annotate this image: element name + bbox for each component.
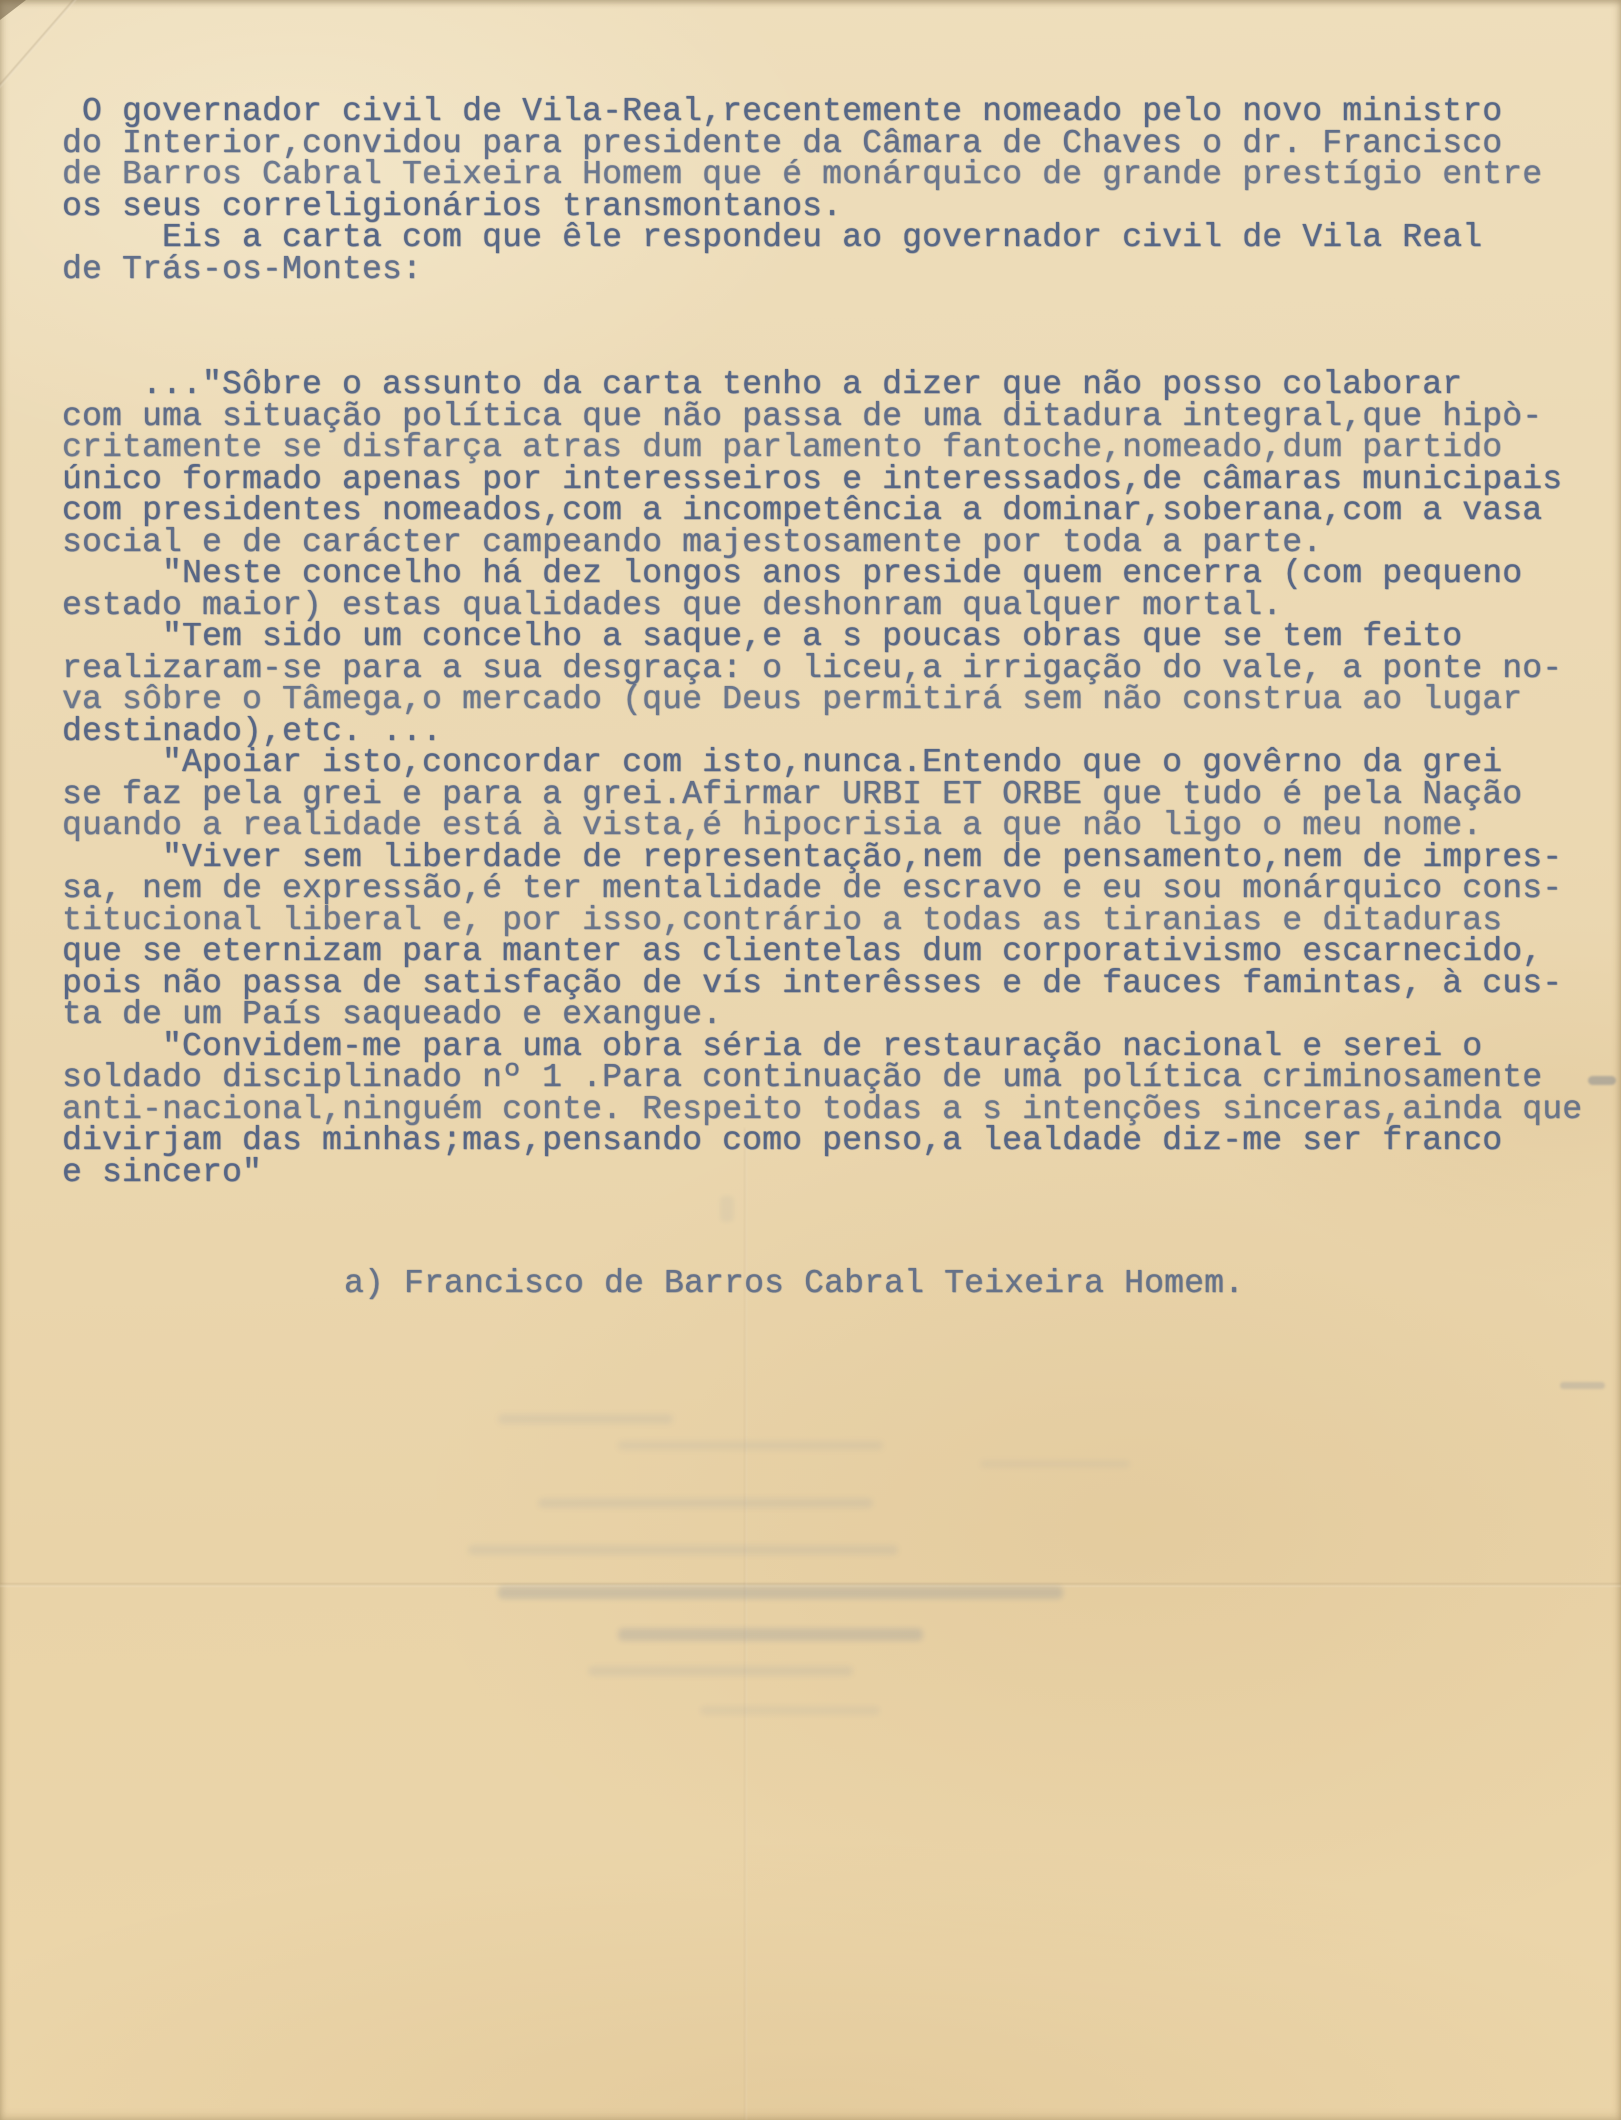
corner-fold-mark [0,0,26,20]
text-line: divirjam das minhas;mas,pensando como pe… [62,1125,1591,1157]
text-line: do Interior,convidou para presidente da … [62,128,1591,160]
ink-bleed-stain [618,1628,923,1641]
text-line: os seus correligionários transmontanos. [62,191,1591,223]
text-line: ta de um País saqueado e exangue. [62,999,1591,1031]
text-line: titucional liberal e, por isso,contrário… [62,905,1591,937]
text-line: "Tem sido um concelho a saque,e a s pouc… [62,621,1591,653]
text-line: se faz pela grei e para a grei.Afirmar U… [62,779,1591,811]
paragraph: "Viver sem liberdade de representação,ne… [62,842,1591,1031]
signature-line: a) Francisco de Barros Cabral Teixeira H… [62,1268,1591,1300]
letter-body: O governador civil de Vila-Real,recentem… [62,96,1591,1300]
text-line: anti-nacional,ninguém conte. Respeito to… [62,1094,1591,1126]
ink-bleed-stain [1588,1076,1616,1085]
text-line: "Viver sem liberdade de representação,ne… [62,842,1591,874]
text-line: va sôbre o Tâmega,o mercado (que Deus pe… [62,684,1591,716]
text-line: soldado disciplinado nº 1 .Para continua… [62,1062,1591,1094]
text-line: O governador civil de Vila-Real,recentem… [62,96,1591,128]
paragraph: ..."Sôbre o assunto da carta tenho a diz… [62,369,1591,558]
text-line: "Apoiar isto,concordar com isto,nunca.En… [62,747,1591,779]
text-line: de Barros Cabral Teixeira Homem que é mo… [62,159,1591,191]
text-line: de Trás-os-Montes: [62,254,1591,286]
text-line: critamente se disfarça atras dum parlame… [62,432,1591,464]
ink-bleed-stain [700,1706,880,1715]
text-line: social e de carácter campeando majestosa… [62,527,1591,559]
ink-bleed-stain [980,1460,1130,1468]
text-line: estado maior) estas qualidades que desho… [62,590,1591,622]
document-page: O governador civil de Vila-Real,recentem… [0,0,1621,2120]
text-line: Eis a carta com que êle respondeu ao gov… [62,222,1591,254]
ink-bleed-stain [618,1441,883,1450]
fold-crease [0,1583,1621,1587]
ink-bleed-stain [1560,1382,1605,1389]
text-line: destinado),etc. ... [62,716,1591,748]
paragraph: "Tem sido um concelho a saque,e a s pouc… [62,621,1591,747]
text-line: quando a realidade está à vista,é hipocr… [62,810,1591,842]
text-line: único formado apenas por interesseiros e… [62,464,1591,496]
text-line: pois não passa de satisfação de vís inte… [62,968,1591,1000]
text-line: "Neste concelho há dez longos anos presi… [62,558,1591,590]
ink-bleed-stain [588,1666,853,1676]
ink-bleed-stain [498,1414,673,1424]
text-line: e sincero" [62,1157,1591,1189]
ink-bleed-stain [498,1586,1063,1599]
text-line: "Convidem-me para uma obra séria de rest… [62,1031,1591,1063]
text-line: com presidentes nomeados,com a incompetê… [62,495,1591,527]
letter-paragraphs: O governador civil de Vila-Real,recentem… [62,96,1591,1188]
paragraph: "Convidem-me para uma obra séria de rest… [62,1031,1591,1189]
paragraph: Eis a carta com que êle respondeu ao gov… [62,222,1591,285]
paragraph: O governador civil de Vila-Real,recentem… [62,96,1591,222]
text-line: que se eternizam para manter as clientel… [62,936,1591,968]
ink-bleed-stain [468,1545,898,1555]
text-line: com uma situação política que não passa … [62,401,1591,433]
text-line: sa, nem de expressão,é ter mentalidade d… [62,873,1591,905]
paragraph: "Apoiar isto,concordar com isto,nunca.En… [62,747,1591,842]
paragraph: "Neste concelho há dez longos anos presi… [62,558,1591,621]
text-line: ..."Sôbre o assunto da carta tenho a diz… [62,369,1591,401]
ink-bleed-stain [538,1498,873,1508]
text-line: realizaram-se para a sua desgraça: o lic… [62,653,1591,685]
